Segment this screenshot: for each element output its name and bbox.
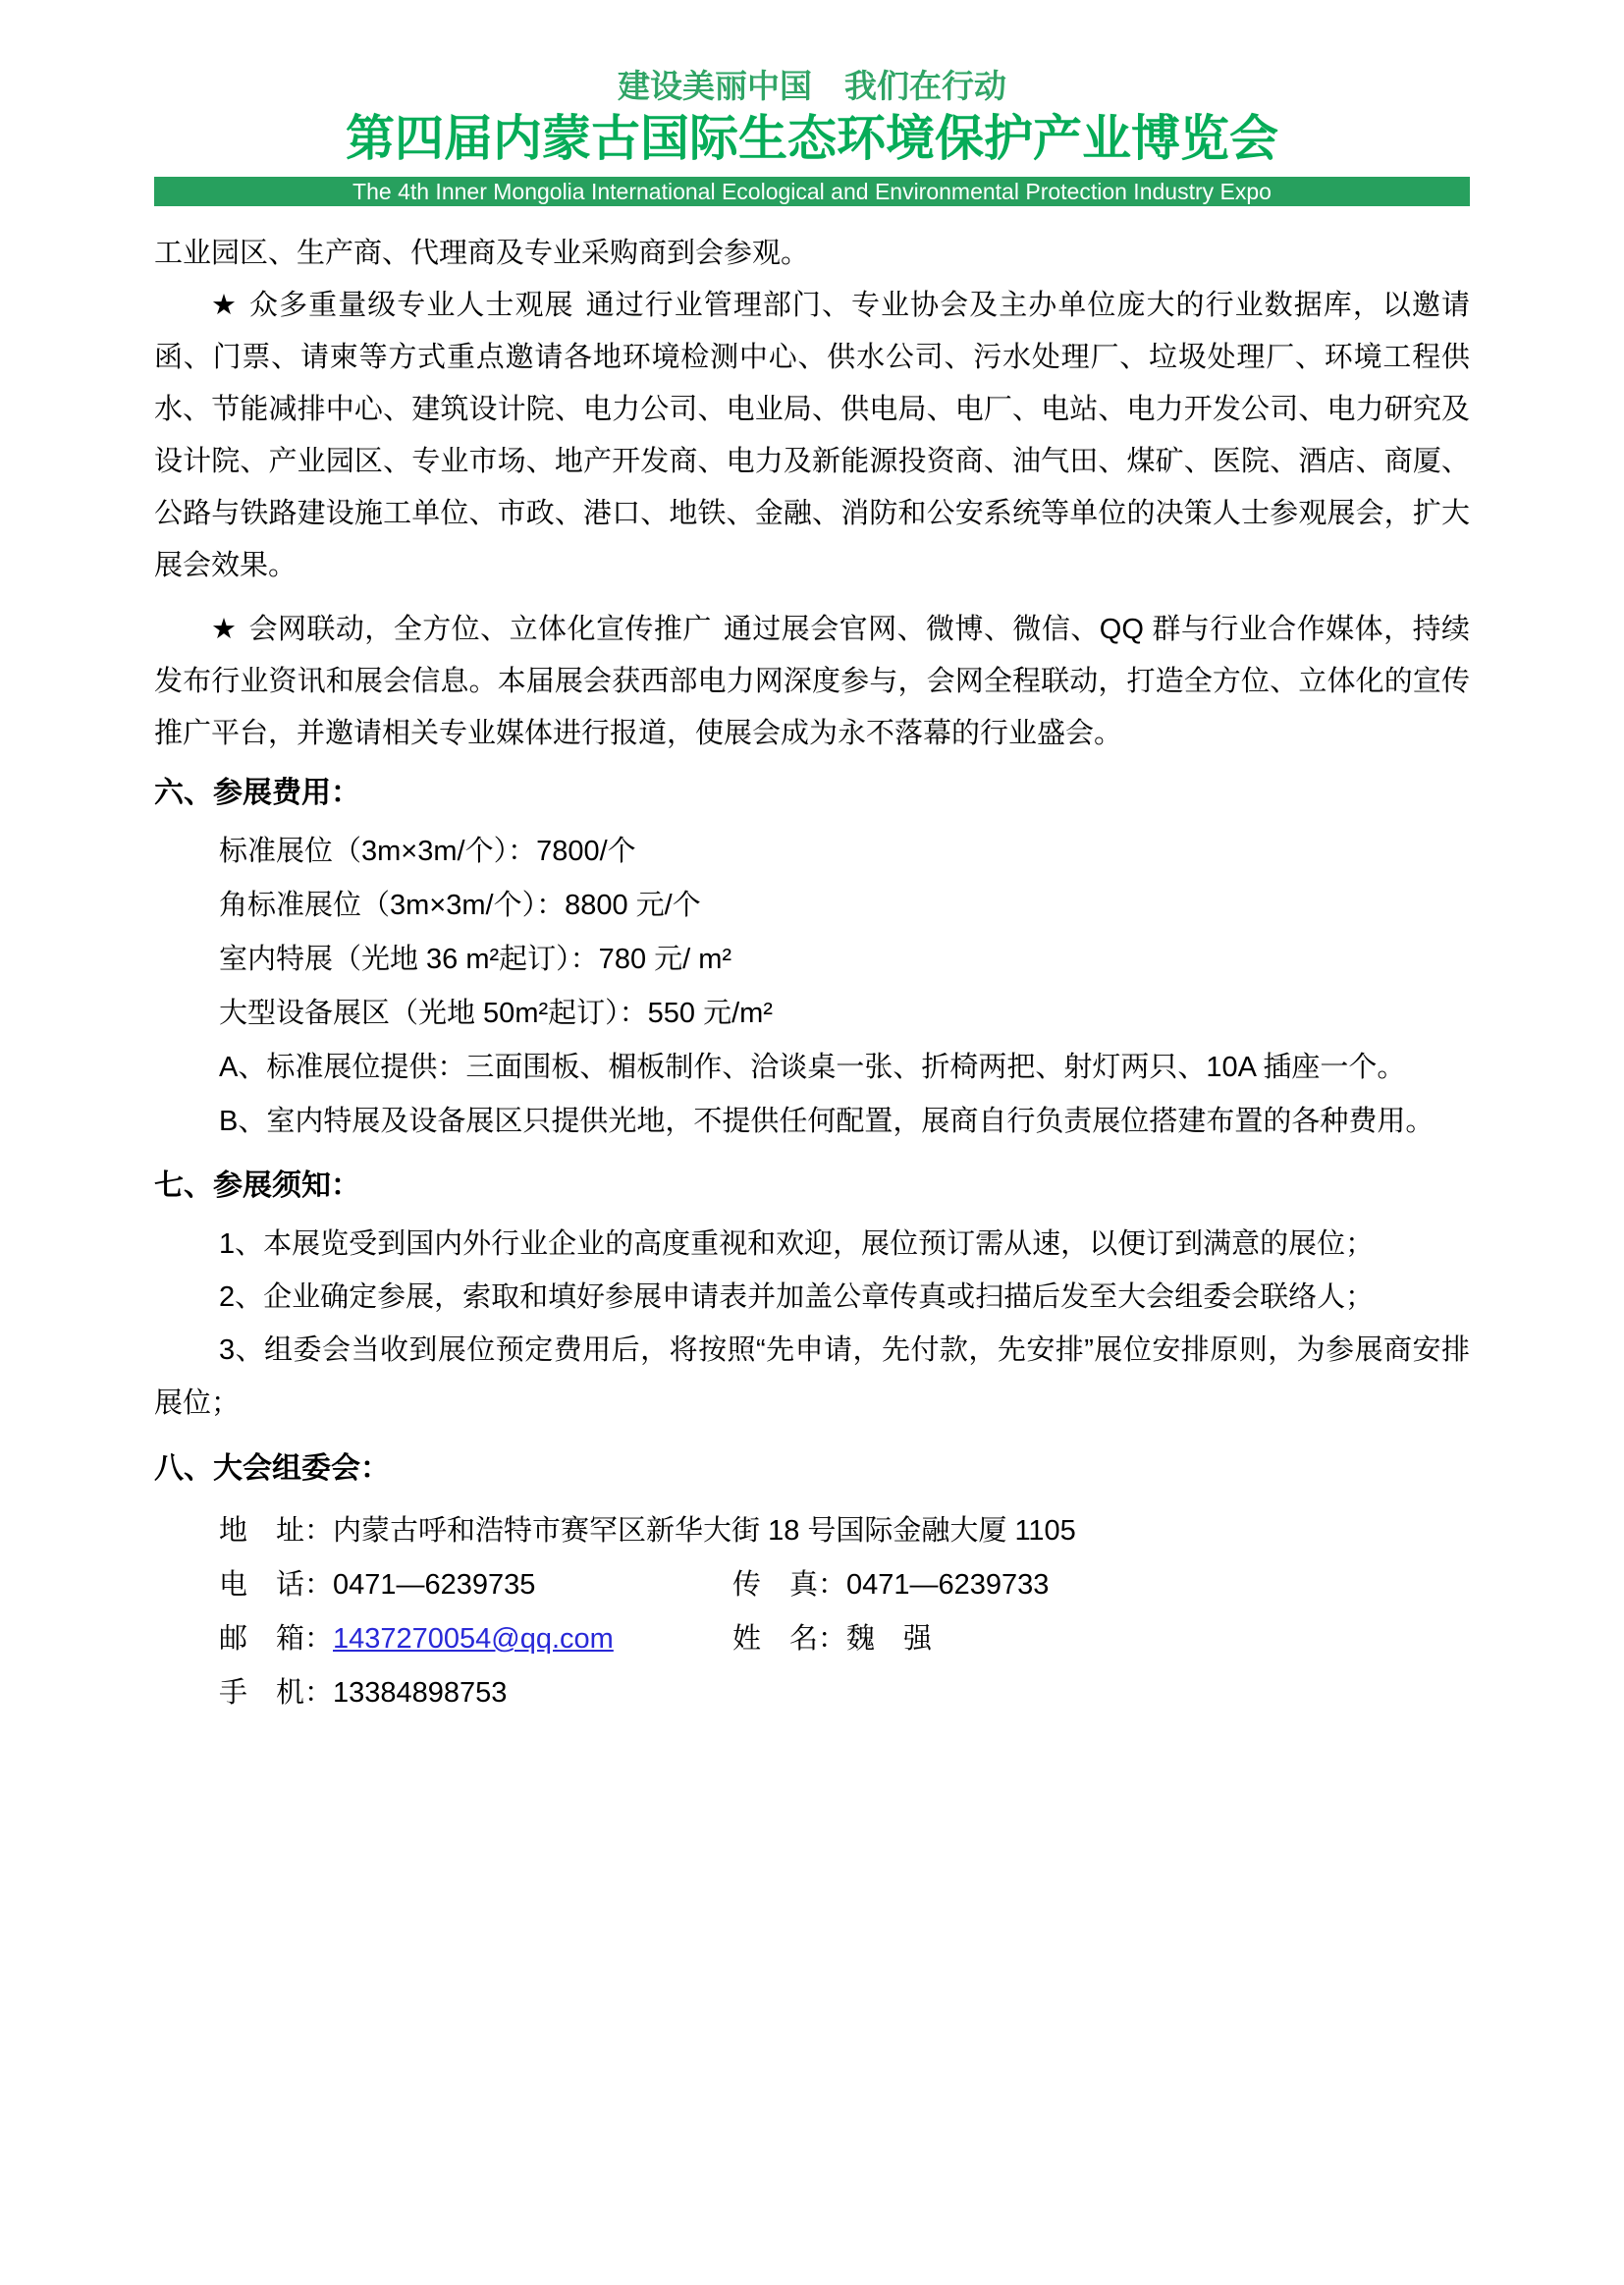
email-label: 邮 箱：	[219, 1623, 333, 1655]
fee-list: 标准展位（3m×3m/个）：7800/个 角标准展位（3m×3m/个）：8800…	[154, 825, 1470, 1149]
committee-phone-fax-row: 电 话：0471—6239735传 真：0471—6239733	[154, 1558, 1470, 1612]
slogan-text: 建设美丽中国 我们在行动	[0, 0, 1624, 104]
phone-value: 0471—6239735	[333, 1569, 535, 1601]
document-content: 工业园区、生产商、代理商及专业采购商到会参观。 ★众多重量级专业人士观展通过行业…	[0, 206, 1624, 1720]
notice-item-1: 1、本展览受到国内外行业企业的高度重视和欢迎，展位预订需从速，以便订到满意的展位…	[154, 1218, 1470, 1271]
paragraph-lead: 会网联动，全方位、立体化宣传推广	[248, 614, 711, 645]
section-heading-notice: 七、参展须知：	[154, 1167, 1470, 1206]
section-heading-fees: 六、参展费用：	[154, 774, 1470, 813]
banner-english-title: The 4th Inner Mongolia International Eco…	[154, 177, 1470, 206]
fee-note-a: A、标准展位提供：三面围板、楣板制作、洽谈桌一张、折椅两把、射灯两只、10A 插…	[154, 1041, 1470, 1095]
committee-contact-block: 地 址：内蒙古呼和浩特市赛罕区新华大街 18 号国际金融大厦 1105 电 话：…	[154, 1504, 1470, 1720]
paragraph-visitors: ★众多重量级专业人士观展通过行业管理部门、专业协会及主办单位庞大的行业数据库，以…	[154, 280, 1470, 592]
document-page: 建设美丽中国 我们在行动 第四届内蒙古国际生态环境保护产业博览会 The 4th…	[0, 0, 1624, 2285]
contact-name-value: 魏 强	[846, 1623, 932, 1655]
fee-item-standard-booth: 标准展位（3m×3m/个）：7800/个	[154, 825, 1470, 879]
contact-name-label: 姓 名：	[732, 1623, 846, 1655]
phone-label: 电 话：	[219, 1569, 333, 1601]
star-icon: ★	[211, 290, 238, 321]
committee-address-row: 地 址：内蒙古呼和浩特市赛罕区新华大街 18 号国际金融大厦 1105	[154, 1504, 1470, 1558]
fax-value: 0471—6239733	[846, 1569, 1049, 1601]
section-heading-committee: 八、大会组委会：	[154, 1449, 1470, 1489]
mobile-value: 13384898753	[333, 1677, 507, 1709]
address-value: 内蒙古呼和浩特市赛罕区新华大街 18 号国际金融大厦 1105	[333, 1515, 1076, 1547]
fee-item-indoor-space: 室内特展（光地 36 m²起订）：780 元/ m²	[154, 933, 1470, 987]
expo-title: 第四届内蒙古国际生态环境保护产业博览会	[0, 110, 1624, 167]
notice-item-3: 3、组委会当收到展位预定费用后，将按照“先申请，先付款，先安排”展位安排原则，为…	[154, 1324, 1470, 1430]
committee-email-name-row: 邮 箱：1437270054@qq.com姓 名：魏 强	[154, 1612, 1470, 1666]
committee-mobile-row: 手 机：13384898753	[154, 1666, 1470, 1720]
phone-column: 电 话：0471—6239735	[219, 1558, 732, 1612]
mobile-label: 手 机：	[219, 1677, 333, 1709]
fax-label: 传 真：	[732, 1569, 846, 1601]
fee-item-corner-booth: 角标准展位（3m×3m/个）：8800 元/个	[154, 879, 1470, 933]
paragraph-text: 通过行业管理部门、专业协会及主办单位庞大的行业数据库，以邀请函、门票、请柬等方式…	[154, 290, 1470, 581]
paragraph-lead: 众多重量级专业人士观展	[249, 290, 574, 321]
fee-item-equipment-area: 大型设备展区（光地 50m²起订）：550 元/m²	[154, 987, 1470, 1041]
fee-note-b: B、室内特展及设备展区只提供光地，不提供任何配置，展商自行负责展位搭建布置的各种…	[154, 1095, 1470, 1149]
notice-list: 1、本展览受到国内外行业企业的高度重视和欢迎，展位预订需从速，以便订到满意的展位…	[154, 1218, 1470, 1430]
continuation-paragraph: 工业园区、生产商、代理商及专业采购商到会参观。	[154, 228, 1470, 280]
paragraph-media: ★会网联动，全方位、立体化宣传推广通过展会官网、微博、微信、QQ 群与行业合作媒…	[154, 604, 1470, 760]
address-label: 地 址：	[219, 1515, 333, 1547]
notice-item-2: 2、企业确定参展，索取和填好参展申请表并加盖公章传真或扫描后发至大会组委会联络人…	[154, 1271, 1470, 1324]
email-link[interactable]: 1437270054@qq.com	[333, 1623, 614, 1655]
star-icon: ★	[211, 614, 237, 645]
email-column: 邮 箱：1437270054@qq.com	[219, 1612, 732, 1666]
